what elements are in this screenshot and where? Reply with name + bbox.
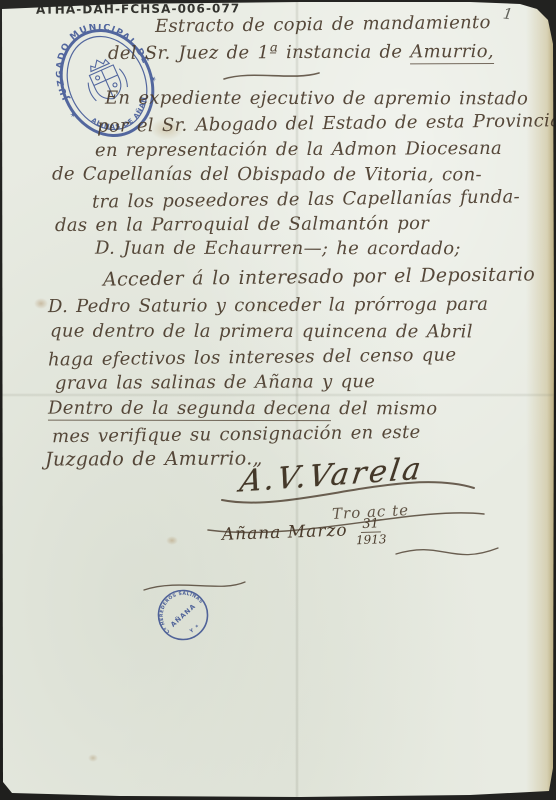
manuscript-text: Estracto de copia de mandamientodel Sr. … — [0, 0, 556, 800]
manuscript-line: que dentro de la primera quincena de Abr… — [50, 321, 473, 343]
document-paper: ATHA-DAH-FCHSA-006-077 1 JUZGADO MUNICIP… — [0, 0, 556, 800]
manuscript-line: Juzgado de Amurrio.„ — [45, 447, 263, 470]
manuscript-line: D. Pedro Saturio y conceder la prórroga … — [48, 294, 488, 317]
manuscript-line: haga efectivos los intereses del censo q… — [48, 345, 457, 371]
manuscript-line: das en la Parroquial de Salmantón por — [55, 213, 429, 236]
manuscript-line: Acceder á lo interesado por el Depositar… — [103, 263, 535, 290]
date-line: Añana Marzo 31 1913 — [222, 519, 387, 551]
manuscript-line: por el Sr. Abogado del Estado de esta Pr… — [97, 110, 556, 137]
herederos-salinas-round-stamp: Cª HEREDEROS SALINAS Y ✶ AÑANA — [152, 584, 214, 646]
round-stamp-center-text: AÑANA — [168, 601, 197, 628]
svg-text:Y ✶: Y ✶ — [187, 621, 202, 636]
round-stamp-bottom-text: Y ✶ — [187, 621, 202, 636]
manuscript-line: en representación de la Admon Diocesana — [95, 138, 502, 161]
manuscript-line: Estracto de copia de mandamiento — [155, 12, 491, 37]
manuscript-line: Dentro de la segunda decena del mismo — [48, 398, 437, 420]
manuscript-line: del Sr. Juez de 1ª instancia de Amurrio, — [108, 41, 494, 64]
date-day: 31 — [360, 517, 381, 533]
manuscript-line: de Capellanías del Obispado de Vitoria, … — [52, 164, 482, 186]
date-year: 1913 — [356, 532, 387, 546]
manuscript-line: grava las salinas de Añana y que — [55, 371, 375, 394]
scan-background: ATHA-DAH-FCHSA-006-077 1 JUZGADO MUNICIP… — [0, 0, 556, 800]
manuscript-line: En expediente ejecutivo de apremio insta… — [105, 88, 528, 110]
manuscript-line: D. Juan de Echaurren—; he acordado; — [95, 238, 461, 260]
date-day-year: 31 1913 — [355, 517, 387, 546]
date-place-month: Añana Marzo — [222, 520, 348, 544]
manuscript-line: mes verifique su consignación en este — [52, 422, 421, 448]
manuscript-line: tra los poseedores de las Capellanías fu… — [92, 186, 520, 212]
